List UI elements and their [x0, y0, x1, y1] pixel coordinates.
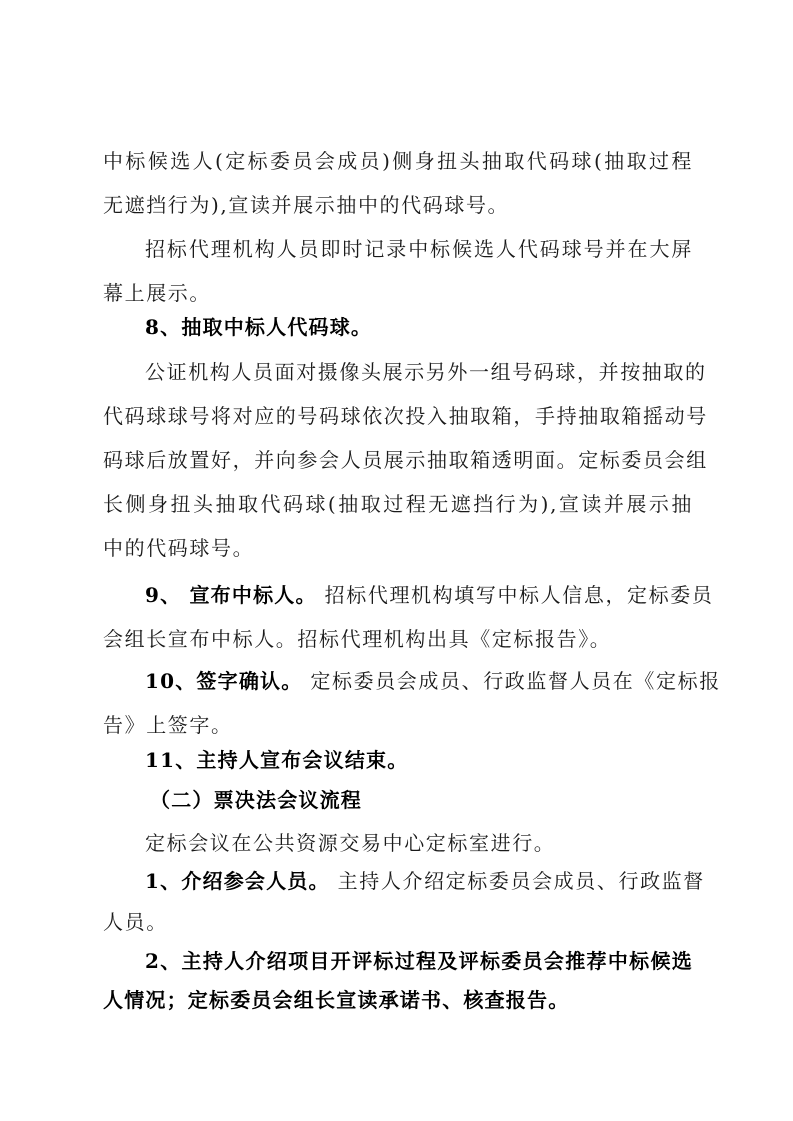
section-heading-9: 9、 宣布中标人。 — [145, 583, 317, 607]
paragraph-line: 无遮挡行为),宣读并展示抽中的代码球号。 — [103, 193, 693, 217]
paragraph-line: 幕上展示。 — [103, 281, 693, 305]
section-heading-11: 11、主持人宣布会议结束。 — [145, 748, 693, 772]
section-heading-2-cont: 人情况；定标委员会组长宣读承诺书、核查报告。 — [103, 988, 693, 1012]
paragraph-line: 告》上签字。 — [103, 713, 693, 737]
paragraph-line: 公证机构人员面对摄像头展示另外一组号码球，并按抽取的 — [145, 360, 693, 384]
paragraph-line: 招标代理机构人员即时记录中标候选人代码球号并在大屏 — [145, 237, 693, 261]
section-heading-8: 8、抽取中标人代码球。 — [145, 315, 693, 339]
subsection-heading: （二）票决法会议流程 — [150, 788, 740, 812]
paragraph-line: 中标候选人(定标委员会成员)侧身扭头抽取代码球(抽取过程 — [103, 149, 693, 173]
paragraph-line: 9、 宣布中标人。 招标代理机构填写中标人信息，定标委员 — [145, 583, 693, 607]
paragraph-line: 10、签字确认。 定标委员会成员、行政监督人员在《定标报 — [145, 669, 693, 693]
paragraph-line: 定标会议在公共资源交易中心定标室进行。 — [145, 831, 693, 855]
paragraph-line: 会组长宣布中标人。招标代理机构出具《定标报告》。 — [103, 627, 693, 651]
paragraph-line: 长侧身扭头抽取代码球(抽取过程无遮挡行为),宣读并展示抽 — [103, 492, 693, 516]
paragraph-line: 代码球球号将对应的号码球依次投入抽取箱，手持抽取箱摇动号 — [103, 404, 693, 428]
paragraph-line: 码球后放置好，并向参会人员展示抽取箱透明面。定标委员会组 — [103, 448, 693, 472]
section-heading-10: 10、签字确认。 — [145, 669, 302, 693]
section-heading-2: 2、主持人介绍项目开评标过程及评标委员会推荐中标候选 — [145, 949, 693, 973]
paragraph-line: 中的代码球号。 — [103, 536, 693, 560]
paragraph-line: 1、介绍参会人员。 主持人介绍定标委员会成员、行政监督 — [145, 869, 693, 893]
paragraph-text: 定标委员会成员、行政监督人员在《定标报 — [302, 669, 720, 693]
document-page: 中标候选人(定标委员会成员)侧身扭头抽取代码球(抽取过程 无遮挡行为),宣读并展… — [0, 0, 793, 1121]
paragraph-text: 招标代理机构填写中标人信息，定标委员 — [317, 583, 714, 607]
section-heading-1: 1、介绍参会人员。 — [145, 869, 330, 893]
paragraph-text: 主持人介绍定标委员会成员、行政监督 — [330, 869, 705, 893]
paragraph-line: 人员。 — [103, 910, 693, 934]
